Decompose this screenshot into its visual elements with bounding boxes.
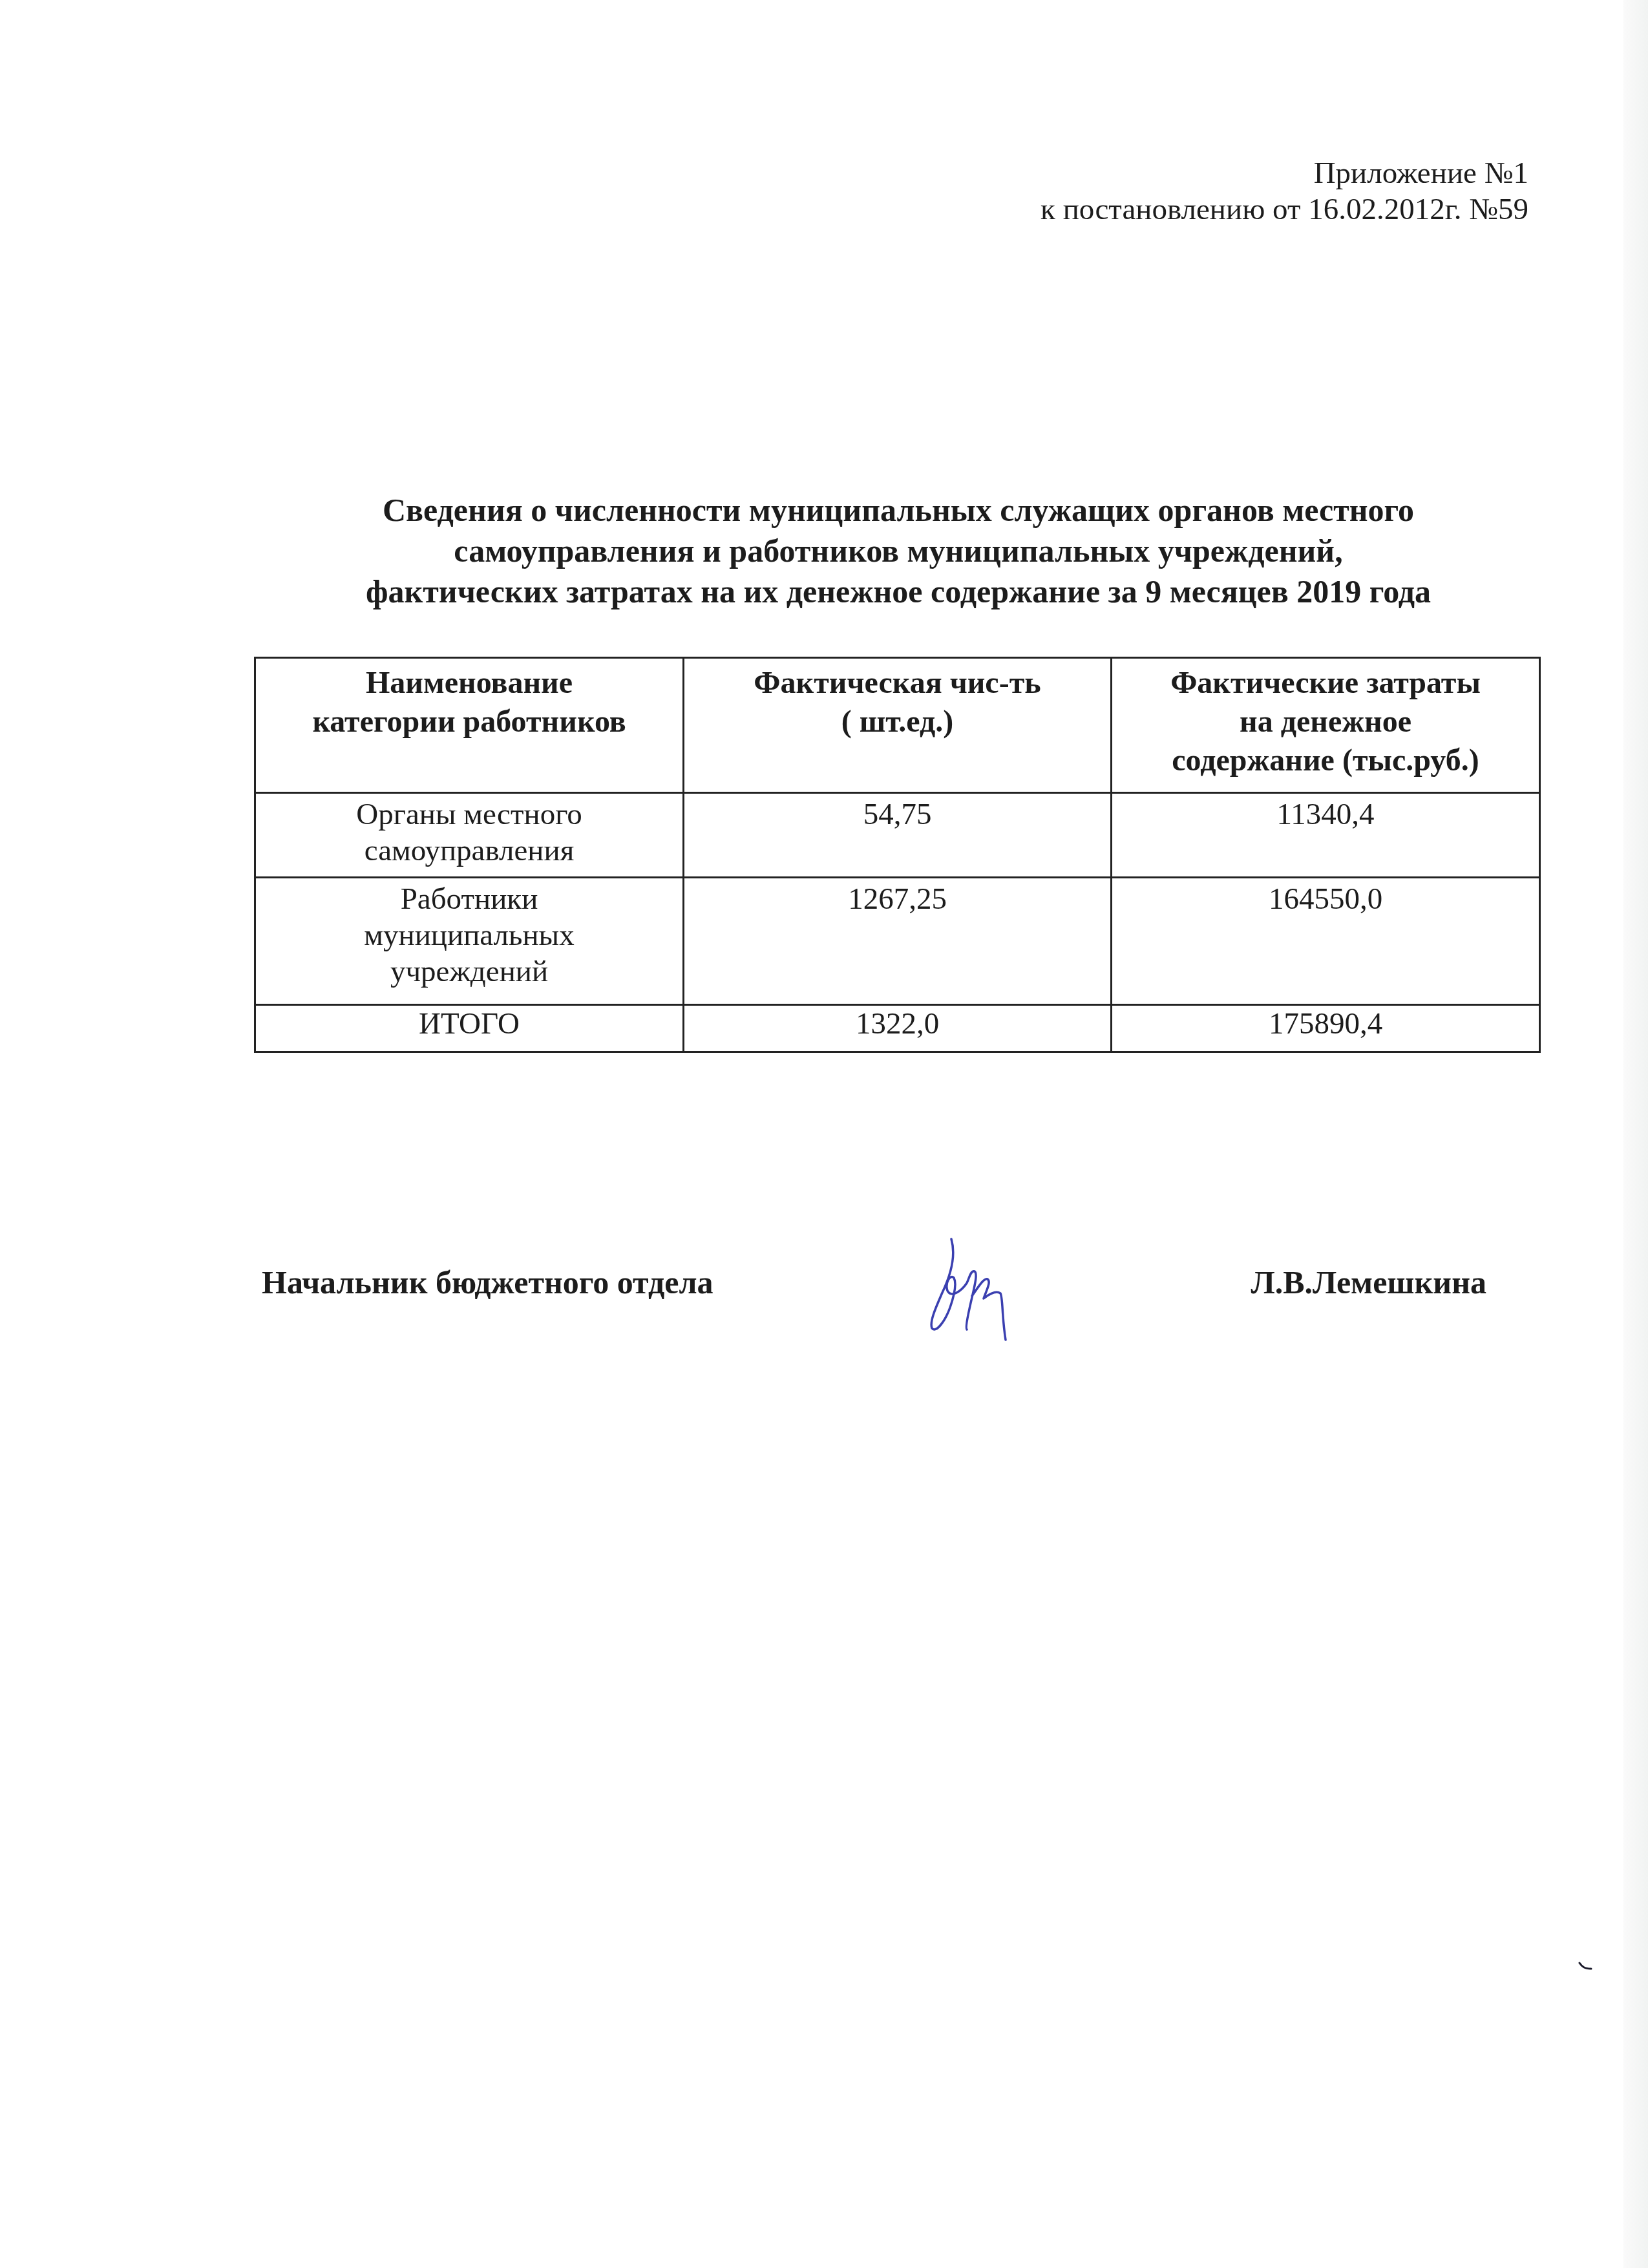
header-count: Фактическая чис-ть ( шт.ед.) bbox=[684, 658, 1112, 793]
appendix-reference: Приложение №1 к постановлению от 16.02.2… bbox=[1041, 155, 1528, 228]
cell-category: Работники муниципальных учреждений bbox=[255, 878, 684, 1005]
document-title: Сведения о численности муниципальных слу… bbox=[255, 490, 1541, 612]
title-line: самоуправления и работников муниципальны… bbox=[255, 531, 1541, 571]
table-header-row: Наименование категории работников Фактич… bbox=[255, 658, 1540, 793]
cell-count: 1322,0 bbox=[684, 1005, 1112, 1052]
staff-costs-table: Наименование категории работников Фактич… bbox=[254, 657, 1541, 1053]
cell-count: 54,75 bbox=[684, 793, 1112, 878]
signer-position: Начальник бюджетного отдела bbox=[262, 1264, 713, 1301]
table-row: Органы местного самоуправления 54,75 113… bbox=[255, 793, 1540, 878]
header-costs: Фактические затраты на денежное содержан… bbox=[1112, 658, 1540, 793]
title-line: фактических затратах на их денежное соде… bbox=[255, 571, 1541, 612]
cell-costs: 164550,0 bbox=[1112, 878, 1540, 1005]
cell-category: Органы местного самоуправления bbox=[255, 793, 684, 878]
signer-name: Л.В.Лемешкина bbox=[1251, 1264, 1486, 1301]
handwritten-signature-icon bbox=[911, 1231, 1053, 1348]
appendix-decree: к постановлению от 16.02.2012г. №59 bbox=[1041, 191, 1528, 228]
cell-costs: 11340,4 bbox=[1112, 793, 1540, 878]
scan-edge bbox=[1623, 0, 1648, 2268]
title-line: Сведения о численности муниципальных слу… bbox=[255, 490, 1541, 531]
scan-speck-icon bbox=[1578, 1962, 1594, 1971]
cell-category: ИТОГО bbox=[255, 1005, 684, 1052]
cell-count: 1267,25 bbox=[684, 878, 1112, 1005]
signature-block: Начальник бюджетного отдела Л.В.Лемешкин… bbox=[262, 1264, 1486, 1322]
header-category: Наименование категории работников bbox=[255, 658, 684, 793]
cell-costs: 175890,4 bbox=[1112, 1005, 1540, 1052]
appendix-number: Приложение №1 bbox=[1041, 155, 1528, 191]
table-row: Работники муниципальных учреждений 1267,… bbox=[255, 878, 1540, 1005]
table-total-row: ИТОГО 1322,0 175890,4 bbox=[255, 1005, 1540, 1052]
